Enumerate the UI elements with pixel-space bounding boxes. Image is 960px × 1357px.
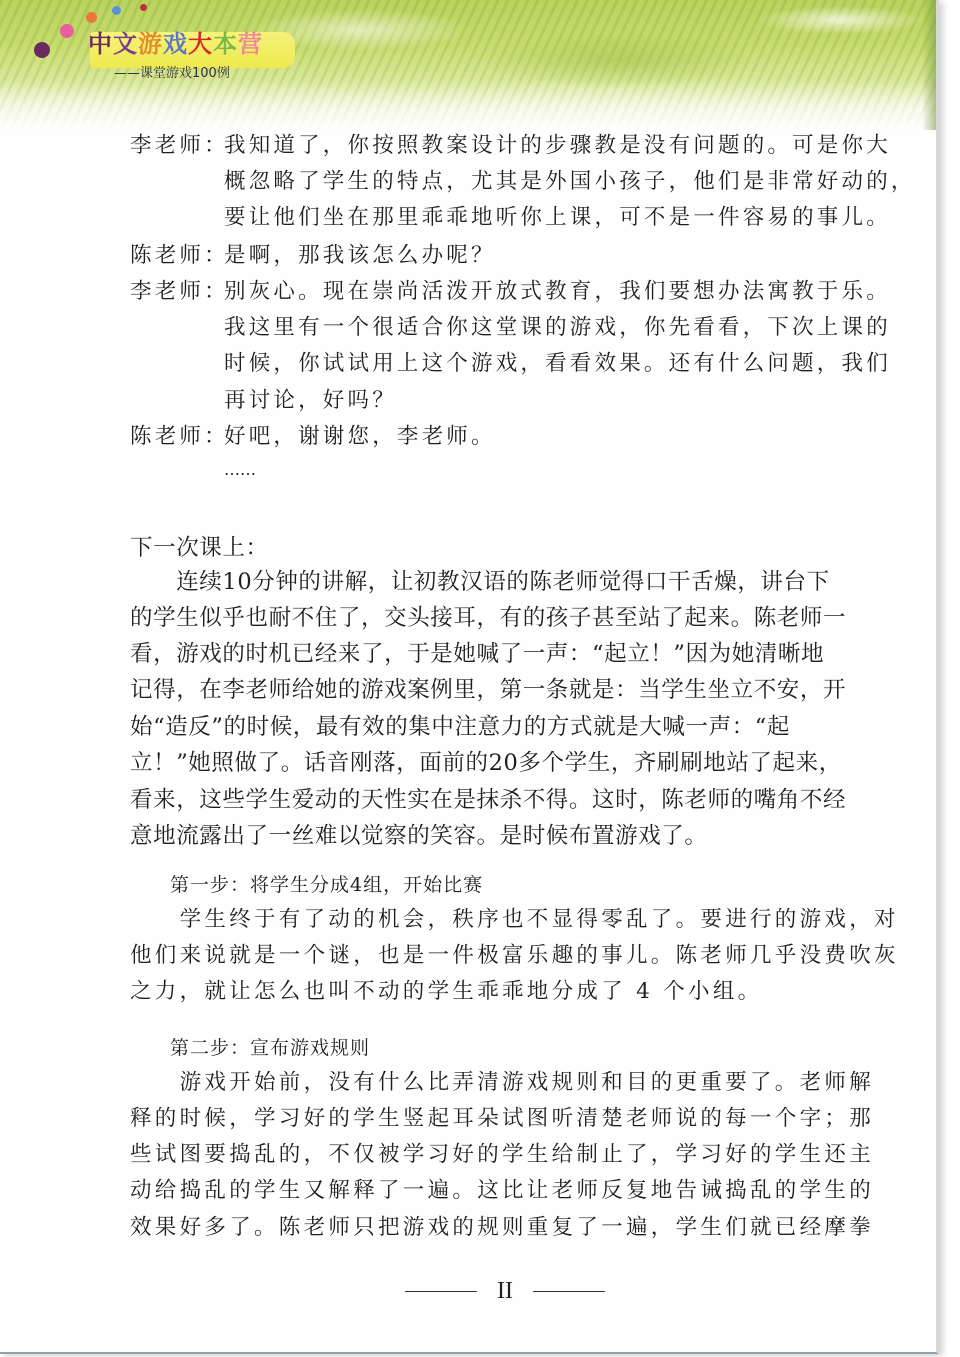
speaker-name: 李老师： — [130, 278, 229, 306]
paragraph-line: 记得，在李老师给她的游戏案例里，第一条就是：当学生坐立不安，开 — [130, 676, 846, 704]
dialogue-text: 再讨论，好吗？ — [224, 387, 397, 415]
paragraph-line: 始“造反”的时候，最有效的集中注意力的方式就是大喊一声：“起 — [130, 713, 790, 741]
logo-dot-4 — [112, 6, 121, 15]
logo-dot-5 — [140, 4, 147, 11]
logo-char: 文 — [113, 30, 138, 58]
logo-dot-3 — [86, 12, 97, 23]
logo-subtitle: ——课堂游戏100例 — [114, 62, 230, 81]
paragraph-line: 连续10分钟的讲解，让初教汉语的陈老师觉得口干舌燥，讲台下 — [130, 568, 830, 596]
dialogue-text: 概忽略了学生的特点，尤其是外国小孩子，他们是非常好动的， — [224, 168, 916, 196]
paragraph-line: 些试图要捣乱的，不仅被学习好的学生给制止了，学习好的学生还主 — [130, 1141, 874, 1169]
logo-char: 大 — [188, 30, 213, 58]
dialogue-text: 是啊，那我该怎么办呢？ — [224, 242, 496, 270]
page-edge-shade — [922, 0, 936, 130]
logo-char: 中 — [88, 30, 113, 58]
dialogue-text: 我这里有一个很适合你这堂课的游戏，你先看看，下次上课的 — [224, 314, 891, 342]
logo-char: 本 — [213, 30, 238, 58]
speaker-name: 陈老师： — [130, 423, 229, 451]
paragraph-line: 动给捣乱的学生又解释了一遍。这比让老师反复地告诫捣乱的学生的 — [130, 1177, 874, 1205]
logo-dot-2 — [60, 24, 74, 38]
logo-char: 营 — [238, 30, 263, 58]
paragraph-line: 的学生似乎也耐不住了，交头接耳，有的孩子甚至站了起来。陈老师一 — [130, 604, 846, 632]
dialogue-text: 好吧，谢谢您，李老师。 — [224, 423, 496, 451]
footer-rule-left — [405, 1291, 477, 1292]
step-title: 第二步：宣布游戏规则 — [130, 1034, 370, 1062]
paragraph-line: 释的时候，学习好的学生竖起耳朵试图听清楚老师说的每一个字；那 — [130, 1105, 874, 1133]
paragraph-line: 之力，就让怎么也叫不动的学生乖乖地分成了 4 个小组。 — [130, 978, 762, 1006]
speaker-name: 李老师： — [130, 132, 229, 160]
book-page: 中文游戏大本营 ——课堂游戏100例 李老师： 我知道了，你按照教案设计的步骤教… — [0, 0, 939, 1354]
banner-fade — [0, 80, 936, 135]
paragraph-line: 看来，这些学生爱动的天性实在是抹杀不得。这时，陈老师的嘴角不经 — [130, 786, 846, 814]
ellipsis: …… — [224, 456, 256, 484]
paragraph-line: 意地流露出了一丝难以觉察的笑容。是时候布置游戏了。 — [130, 822, 708, 850]
dialogue-text: 别灰心。现在崇尚活泼开放式教育，我们要想办法寓教于乐。 — [224, 278, 891, 306]
dialogue-text: 要让他们坐在那里乖乖地听你上课，可不是一件容易的事儿。 — [224, 204, 891, 232]
paragraph-line: 看，游戏的时机已经来了，于是她喊了一声：“起立！”因为她清晰地 — [130, 640, 824, 668]
section-heading: 下一次课上： — [130, 534, 269, 562]
logo-char: 戏 — [163, 30, 188, 58]
dialogue-text: 时候，你试试用上这个游戏，看看效果。还有什么问题，我们 — [224, 350, 891, 378]
paragraph-line: 学生终于有了动的机会，秩序也不显得零乱了。要进行的游戏，对 — [130, 906, 899, 934]
speaker-name: 陈老师： — [130, 242, 229, 270]
step-title: 第一步：将学生分成4组，开始比赛 — [130, 871, 483, 899]
footer-rule-right — [533, 1291, 605, 1292]
paragraph-line: 效果好多了。陈老师只把游戏的规则重复了一遍，学生们就已经摩拳 — [130, 1214, 874, 1242]
dialogue-text: 我知道了，你按照教案设计的步骤教是没有问题的。可是你大 — [224, 132, 891, 160]
page-number-footer: II — [405, 1276, 605, 1306]
paragraph-line: 立！”她照做了。话音刚落，面前的20多个学生，齐刷刷地站了起来， — [130, 749, 842, 777]
paragraph-line: 他们来说就是一个谜，也是一件极富乐趣的事儿。陈老师几乎没费吹灰 — [130, 942, 899, 970]
logo-dot-1 — [34, 42, 50, 58]
paragraph-line: 游戏开始前，没有什么比弄清游戏规则和目的更重要了。老师解 — [130, 1069, 874, 1097]
logo-char: 游 — [138, 30, 163, 58]
page-number: II — [497, 1278, 513, 1305]
logo-title: 中文游戏大本营 — [88, 28, 263, 60]
